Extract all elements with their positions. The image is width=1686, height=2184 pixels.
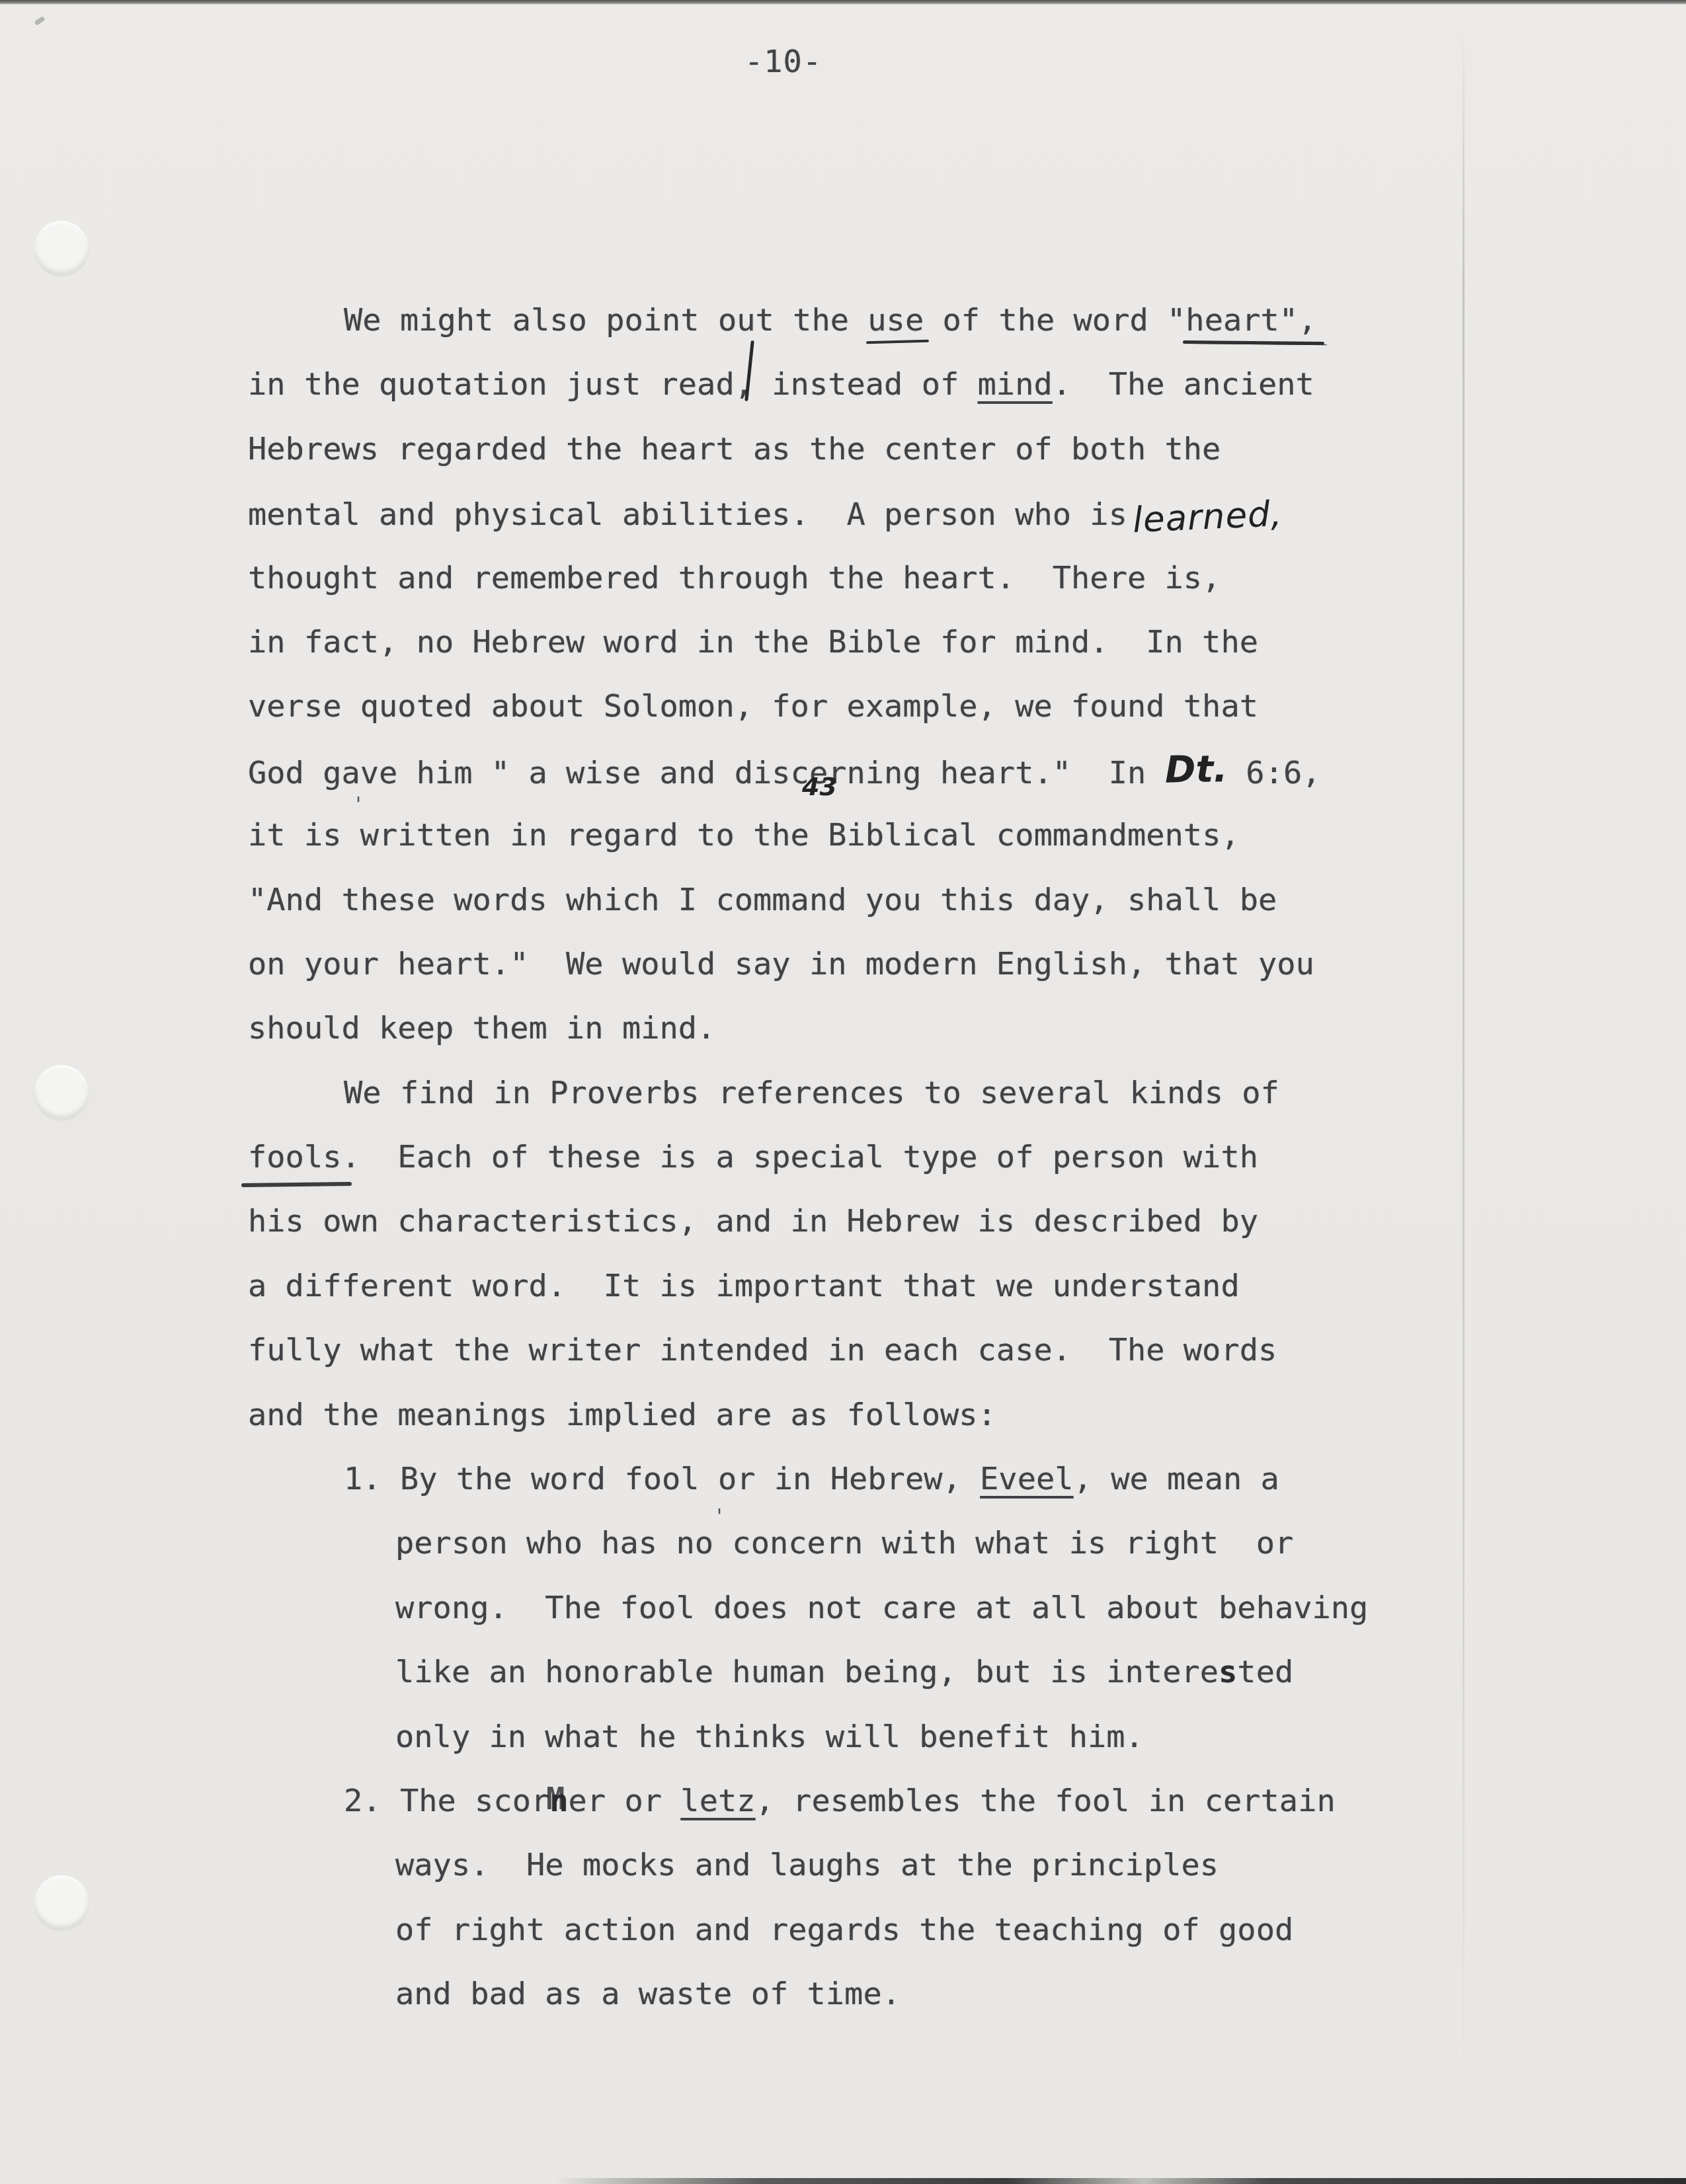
text-line: 1. By the word fool or in Hebrew, Eveel,… bbox=[344, 1447, 1607, 1511]
text-segment: God gave him " a wise and discerning hea… bbox=[248, 755, 1165, 791]
text-line: and bad as a waste of time. bbox=[395, 1962, 1607, 2026]
text-line: fully what the writer intended in each c… bbox=[248, 1318, 1607, 1382]
text-line: in the quotation just read, instead of m… bbox=[248, 352, 1607, 416]
text-segment: and bad as a waste of time. bbox=[395, 1976, 901, 2012]
text-line: person who has no concern with what is r… bbox=[395, 1511, 1607, 1575]
text-line: a different word. It is important that w… bbox=[248, 1254, 1607, 1318]
text-segment: We might also point out the bbox=[344, 302, 867, 338]
text-segment: wrong. The fool does not care at all abo… bbox=[395, 1590, 1368, 1626]
typewritten-text-block: We might also point out the use of the w… bbox=[248, 288, 1607, 2027]
text-segment: of right action and regards the teaching… bbox=[395, 1912, 1293, 1948]
overstrike-ghost-letter: M bbox=[546, 1767, 565, 1831]
text-line: like an honorable human being, but is in… bbox=[395, 1640, 1607, 1704]
text-segment: er or bbox=[569, 1783, 681, 1819]
page-number: -10- bbox=[744, 44, 822, 80]
text-segment: ways. He mocks and laughs at the princip… bbox=[395, 1847, 1219, 1883]
text-line: his own characteristics, and in Hebrew i… bbox=[248, 1189, 1607, 1253]
text-line: ways. He mocks and laughs at the princip… bbox=[395, 1833, 1607, 1897]
text-segment: like an honorable human being, but is in… bbox=[395, 1654, 1219, 1690]
document-page: -10- We might also point out the use of … bbox=[0, 0, 1686, 2184]
text-line: on your heart." We would say in modern E… bbox=[248, 932, 1607, 996]
text-line: fools. Each of these is a special type o… bbox=[248, 1125, 1607, 1189]
text-line: "And these words which I command you thi… bbox=[248, 868, 1607, 932]
overstruck-letter: s bbox=[1219, 1654, 1237, 1690]
text-segment: should keep them in mind. bbox=[248, 1010, 715, 1046]
text-line: Hebrews regarded the heart as the center… bbox=[248, 417, 1607, 481]
text-line: 2. The scornMer or letz, resembles the f… bbox=[344, 1769, 1607, 1833]
text-segment: 6:6, bbox=[1227, 755, 1320, 791]
text-segment: . The ancient bbox=[1053, 366, 1314, 403]
text-line: thought and remembered through the heart… bbox=[248, 546, 1607, 610]
text-segment: fully what the writer intended in each c… bbox=[248, 1332, 1277, 1368]
typed-underlined-word: Eveel bbox=[980, 1461, 1073, 1497]
scan-top-edge bbox=[0, 0, 1686, 5]
handwritten-annotation: Dt. bbox=[1164, 737, 1228, 802]
stray-ink-mark: ' bbox=[713, 1507, 725, 1527]
text-segment: and the meanings implied are as follows: bbox=[248, 1397, 996, 1433]
text-segment: only in what he thinks will benefit him. bbox=[395, 1719, 1144, 1755]
handwritten-annotation: learned, bbox=[1131, 482, 1283, 553]
text-segment: 2. The scor bbox=[344, 1783, 549, 1819]
typed-underlined-word: mind bbox=[978, 366, 1053, 403]
text-segment: , we mean a bbox=[1074, 1461, 1279, 1497]
punch-hole bbox=[34, 1065, 89, 1119]
text-segment: Biblical commandments, bbox=[809, 817, 1240, 853]
text-segment: in fact, no Hebrew word in the Bible for… bbox=[248, 624, 1258, 660]
text-line: it is written in regard to the43 Biblica… bbox=[248, 803, 1607, 867]
text-segment: in the quotation just read, bbox=[248, 366, 772, 403]
text-line: God gave him " a wise and discerning hea… bbox=[248, 739, 1607, 803]
text-segment: thought and remembered through the heart… bbox=[248, 560, 1221, 596]
text-segment: We find in Proverbs references to severa… bbox=[344, 1075, 1279, 1111]
text-segment: . Each of these is a special type of per… bbox=[341, 1139, 1258, 1175]
punch-hole bbox=[34, 1875, 89, 1930]
text-segment: a different word. It is important that w… bbox=[248, 1268, 1240, 1304]
text-line: mental and physical abilities. A person … bbox=[248, 481, 1607, 545]
text-segment: person who has no concern with what is r… bbox=[395, 1525, 1293, 1561]
scan-bottom-edge bbox=[555, 2178, 1686, 2184]
text-segment: "And these words which I command you thi… bbox=[248, 882, 1277, 918]
text-segment: , resembles the fool in certain bbox=[756, 1783, 1336, 1819]
text-line: in fact, no Hebrew word in the Bible for… bbox=[248, 610, 1607, 674]
text-line: We might also point out the use of the w… bbox=[344, 288, 1607, 352]
ink-smudge bbox=[34, 16, 45, 26]
text-segment: mental and physical abilities. A person … bbox=[248, 496, 1127, 533]
text-segment: ted bbox=[1237, 1654, 1293, 1690]
text-segment: it is written in regard to the bbox=[248, 817, 809, 853]
typed-underlined-word: letz bbox=[680, 1783, 755, 1819]
text-line: only in what he thinks will benefit him. bbox=[395, 1705, 1607, 1769]
text-segment: of the word " bbox=[924, 302, 1185, 338]
text-line: should keep them in mind. bbox=[248, 996, 1607, 1060]
hand-underlined-word: fools bbox=[248, 1139, 341, 1175]
punch-hole bbox=[34, 221, 89, 275]
text-segment: 1. By the word fool or in Hebrew, bbox=[344, 1461, 980, 1497]
handwritten-insertion: 43 bbox=[802, 774, 837, 799]
text-segment: on your heart." We would say in modern E… bbox=[248, 946, 1314, 982]
text-segment: his own characteristics, and in Hebrew i… bbox=[248, 1203, 1258, 1239]
stray-ink-mark: ' bbox=[352, 795, 364, 815]
hand-underlined-word: use bbox=[867, 302, 924, 338]
text-segment: verse quoted about Solomon, for example,… bbox=[248, 688, 1258, 724]
text-line: and the meanings implied are as follows: bbox=[248, 1383, 1607, 1447]
text-line: verse quoted about Solomon, for example,… bbox=[248, 674, 1607, 738]
text-line: We find in Proverbs references to severa… bbox=[344, 1061, 1607, 1125]
text-segment: Hebrews regarded the heart as the center… bbox=[248, 431, 1221, 467]
text-line: wrong. The fool does not care at all abo… bbox=[395, 1576, 1607, 1640]
text-segment: instead of bbox=[772, 366, 977, 403]
text-line: of right action and regards the teaching… bbox=[395, 1898, 1607, 1962]
paper-crease bbox=[1463, 26, 1465, 2105]
hand-underlined-word: heart", bbox=[1185, 302, 1316, 338]
